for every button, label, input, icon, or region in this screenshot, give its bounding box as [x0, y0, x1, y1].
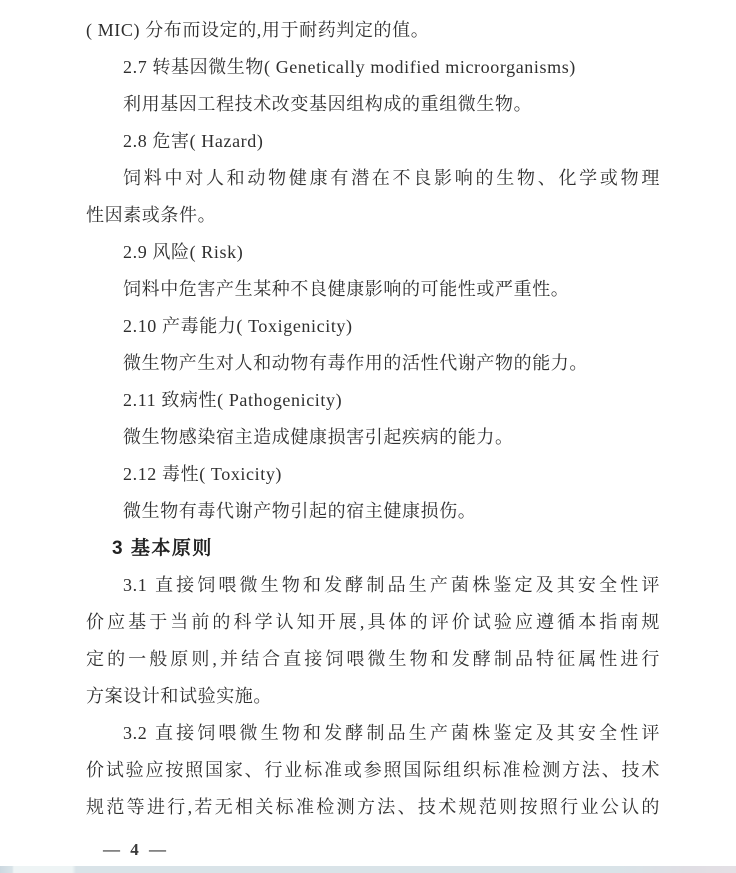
para-3-1-line2: 价应基于当前的科学认知开展,具体的评价试验应遵循本指南规 [86, 604, 660, 641]
para-3-1-line1: 3.1 直接饲喂微生物和发酵制品生产菌株鉴定及其安全性评 [86, 567, 660, 604]
heading-2-12: 2.12 毒性( Toxicity) [86, 456, 660, 493]
text-column: ( MIC) 分布而设定的,用于耐药判定的值。 2.7 转基因微生物( Gene… [86, 12, 660, 826]
para-3-2-line1: 3.2 直接饲喂微生物和发酵制品生产菌株鉴定及其安全性评 [86, 715, 660, 752]
line-mic-definition: ( MIC) 分布而设定的,用于耐药判定的值。 [86, 12, 660, 49]
heading-2-8: 2.8 危害( Hazard) [86, 123, 660, 160]
definition-2-10: 微生物产生对人和动物有毒作用的活性代谢产物的能力。 [86, 345, 660, 382]
definition-2-8-line1: 饲料中对人和动物健康有潜在不良影响的生物、化学或物理 [86, 160, 660, 197]
heading-2-7: 2.7 转基因微生物( Genetically modified microor… [86, 49, 660, 86]
definition-2-11: 微生物感染宿主造成健康损害引起疾病的能力。 [86, 419, 660, 456]
page-number: — 4 — [103, 840, 169, 860]
para-3-1-line4: 方案设计和试验实施。 [86, 678, 660, 715]
para-3-2-line2: 价试验应按照国家、行业标准或参照国际组织标准检测方法、技术 [86, 752, 660, 789]
para-3-2-line3: 规范等进行,若无相关标准检测方法、技术规范则按照行业公认的 [86, 789, 660, 826]
heading-2-11: 2.11 致病性( Pathogenicity) [86, 382, 660, 419]
definition-2-9: 饲料中危害产生某种不良健康影响的可能性或严重性。 [86, 271, 660, 308]
document-page: ( MIC) 分布而设定的,用于耐药判定的值。 2.7 转基因微生物( Gene… [0, 0, 736, 873]
scan-edge-artifact [0, 866, 736, 873]
section-heading-3: 3 基本原则 [86, 530, 660, 567]
heading-2-10: 2.10 产毒能力( Toxigenicity) [86, 308, 660, 345]
definition-2-12: 微生物有毒代谢产物引起的宿主健康损伤。 [86, 493, 660, 530]
para-3-1-line3: 定的一般原则,并结合直接饲喂微生物和发酵制品特征属性进行 [86, 641, 660, 678]
heading-2-9: 2.9 风险( Risk) [86, 234, 660, 271]
definition-2-7: 利用基因工程技术改变基因组构成的重组微生物。 [86, 86, 660, 123]
definition-2-8-line2: 性因素或条件。 [86, 197, 660, 234]
